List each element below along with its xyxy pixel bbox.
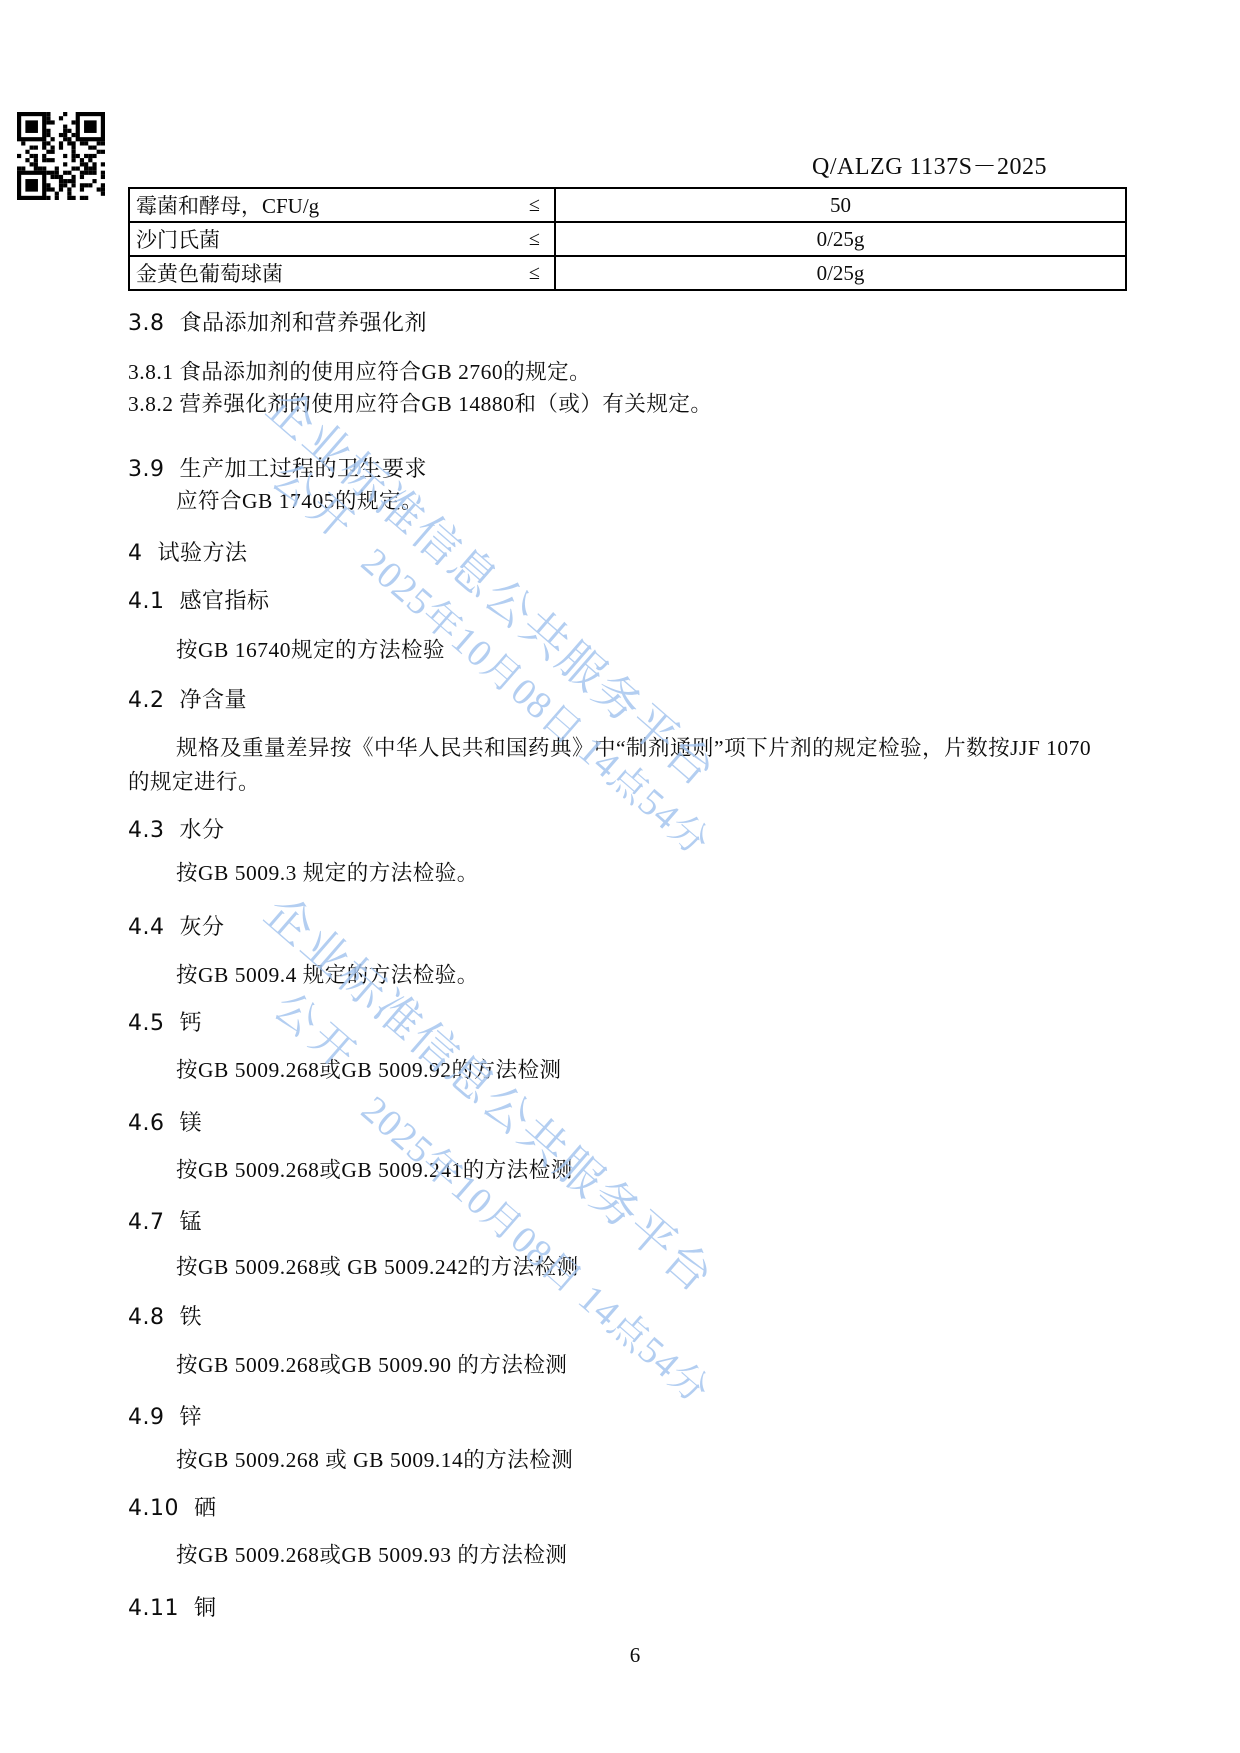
section-text: 按GB 5009.268或GB 5009.92的方法检测 — [176, 1059, 562, 1083]
section-heading: 4.4 灰分 — [128, 916, 224, 940]
row-item-value: 50 — [555, 188, 1126, 222]
qr-code — [17, 110, 105, 202]
spec-table: 霉菌和酵母，CFU/g≤50沙门氏菌≤0/25g金黄色葡萄球菌≤0/25g — [128, 187, 1127, 291]
section-heading: 4.11 铜 — [128, 1597, 216, 1621]
page-number: 6 — [0, 1643, 1240, 1668]
table-row: 霉菌和酵母，CFU/g≤50 — [129, 188, 1126, 222]
less-equal-symbol: ≤ — [529, 228, 554, 251]
row-item-name: 霉菌和酵母，CFU/g — [136, 190, 319, 220]
less-equal-symbol: ≤ — [529, 262, 554, 285]
section-text: 的规定进行。 — [128, 771, 260, 795]
standard-code: Q/ALZG 1137S－2025 — [647, 146, 1047, 181]
section-text: 按GB 5009.3 规定的方法检验。 — [176, 862, 479, 886]
section-text: 按GB 5009.268或GB 5009.241的方法检测 — [176, 1159, 573, 1183]
section-text: 按GB 5009.268或GB 5009.93 的方法检测 — [176, 1544, 567, 1568]
row-item-value: 0/25g — [555, 256, 1126, 290]
section-text: 规格及重量差异按《中华人民共和国药典》中“制剂通则”项下片剂的规定检验，片数按J… — [176, 737, 1091, 761]
section-text: 按GB 16740规定的方法检验 — [176, 639, 445, 663]
section-heading: 4 试验方法 — [128, 542, 247, 566]
section-heading: 4.6 镁 — [128, 1112, 202, 1136]
section-heading: 4.2 净含量 — [128, 689, 247, 713]
less-equal-symbol: ≤ — [529, 194, 554, 217]
document-page: Q/ALZG 1137S－2025 霉菌和酵母，CFU/g≤50沙门氏菌≤0/2… — [0, 0, 1240, 1753]
section-heading: 4.7 锰 — [128, 1211, 202, 1235]
section-text: 按GB 5009.4 规定的方法检验。 — [176, 964, 479, 988]
section-heading: 4.8 铁 — [128, 1306, 202, 1330]
row-item-name: 沙门氏菌 — [136, 224, 220, 254]
section-heading: 4.10 硒 — [128, 1497, 216, 1521]
section-text: 按GB 5009.268或 GB 5009.242的方法检测 — [176, 1256, 579, 1280]
section-text: 3.8.1 食品添加剂的使用应符合GB 2760的规定。 — [128, 361, 591, 385]
row-item-name: 金黄色葡萄球菌 — [136, 258, 283, 288]
section-text: 按GB 5009.268 或 GB 5009.14的方法检测 — [176, 1449, 573, 1473]
section-heading: 3.8 食品添加剂和营养强化剂 — [128, 312, 427, 336]
table-row: 金黄色葡萄球菌≤0/25g — [129, 256, 1126, 290]
section-heading: 3.9 生产加工过程的卫生要求 — [128, 458, 427, 482]
watermark-date-1: 2025年10月08日 14点54分 — [352, 532, 724, 866]
section-heading: 4.5 钙 — [128, 1012, 202, 1036]
section-heading: 4.3 水分 — [128, 819, 224, 843]
watermark-title-2: 企业标准信息公共服务平台 — [253, 878, 731, 1306]
section-text: 按GB 5009.268或GB 5009.90 的方法检测 — [176, 1354, 567, 1378]
section-heading: 4.1 感官指标 — [128, 590, 269, 614]
row-item-value: 0/25g — [555, 222, 1126, 256]
table-row: 沙门氏菌≤0/25g — [129, 222, 1126, 256]
section-text: 3.8.2 营养强化剂的使用应符合GB 14880和（或）有关规定。 — [128, 393, 712, 417]
section-heading: 4.9 锌 — [128, 1406, 202, 1430]
section-text: 应符合GB 17405的规定。 — [176, 490, 423, 514]
